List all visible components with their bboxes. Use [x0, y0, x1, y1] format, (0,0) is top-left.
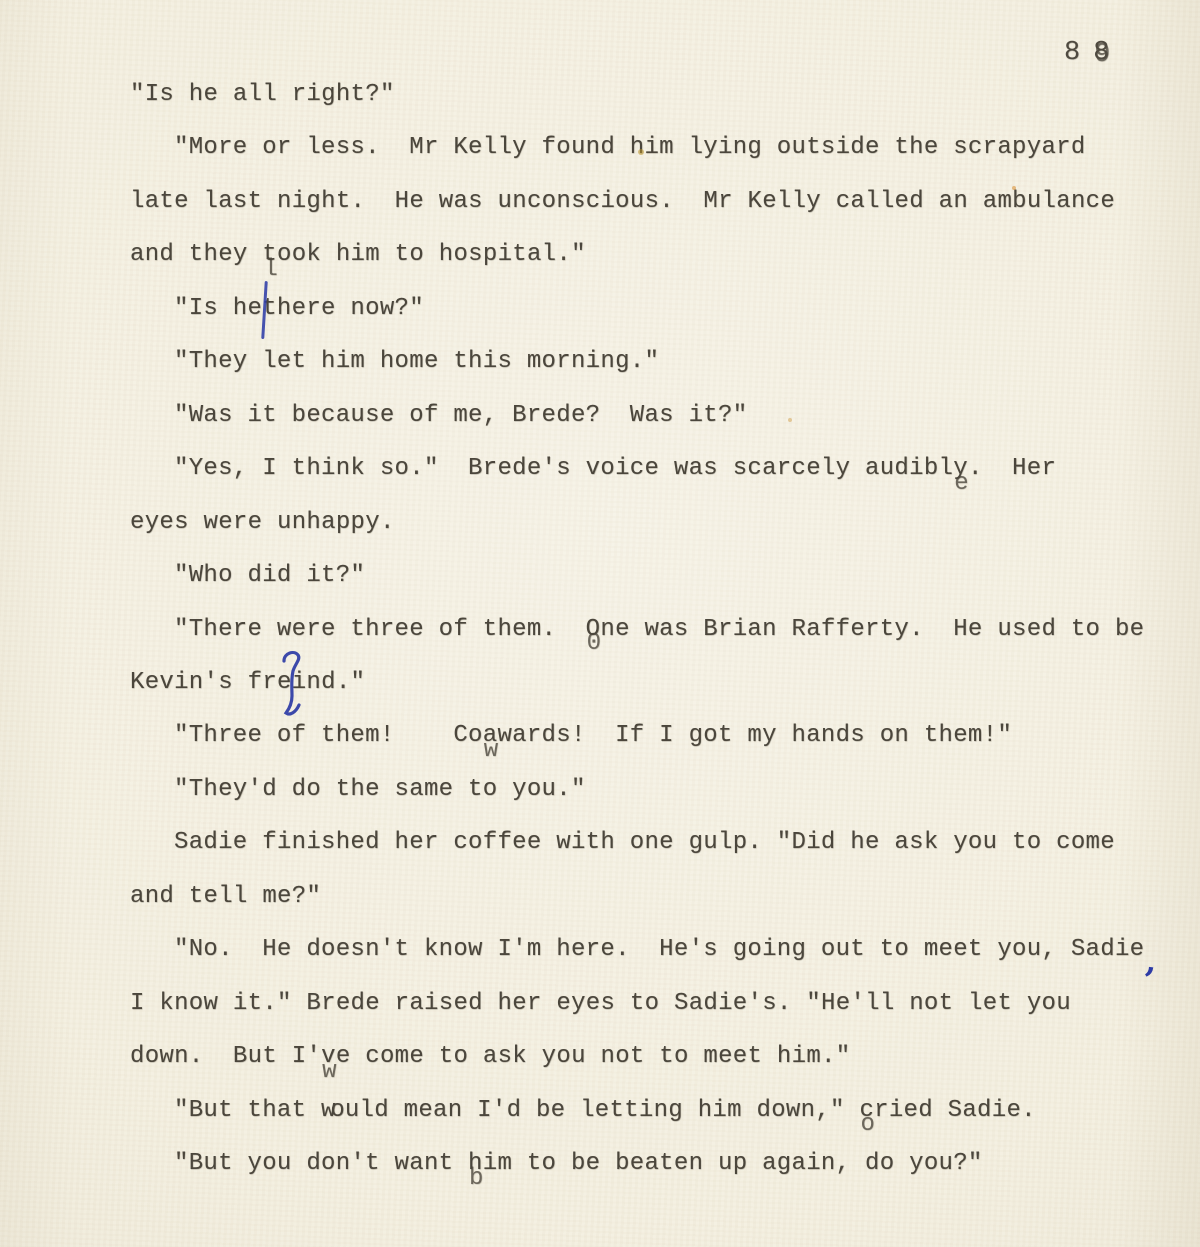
overstruck-chars: v	[321, 1043, 336, 1070]
typed-text-segment: Kevin's freind."	[130, 669, 365, 696]
typed-text-segment: . Her	[968, 455, 1056, 482]
typed-text-segment: wards! If I got my hands on them!"	[497, 722, 1012, 749]
typed-text-segment: "Yes, I think so." Brede's voice was sca…	[174, 455, 953, 482]
typed-line: "Three of them! Coawards! If I got my ha…	[130, 709, 1170, 762]
typed-line: "Is he all right?"	[130, 68, 1170, 121]
typed-text-segment: "There were three of them.	[174, 616, 586, 643]
overstruck-chars: y	[953, 455, 968, 482]
typed-line: eyes were unhappy.	[130, 496, 1170, 549]
typed-text-segment: and they	[130, 241, 262, 268]
typed-text-segment: ried Sadie.	[874, 1097, 1036, 1124]
typed-text-segment: "Is hethere now?"	[174, 295, 424, 322]
typed-line: "They let him home this morning."	[130, 335, 1170, 388]
typed-text-segment: late last night. He was unconscious. Mr …	[130, 188, 1115, 215]
typed-text-segment: Sadie finished her coffee with one gulp.…	[174, 829, 1115, 856]
typed-line: "There were three of them. One was Brian…	[130, 603, 1170, 656]
typed-text-segment: "But that	[174, 1097, 321, 1124]
typed-text-segment: eyes were unhappy.	[130, 509, 395, 536]
typed-line: and tell me?"	[130, 870, 1170, 923]
page-number-digit: 8	[1064, 38, 1080, 68]
typed-text-segment: down. But I'	[130, 1043, 321, 1070]
typed-text-segment: I know it." Brede raised her eyes to Sad…	[130, 990, 1071, 1017]
typed-line: "No. He doesn't know I'm here. He's goin…	[130, 923, 1170, 976]
typed-line: Kevin's freind."	[130, 656, 1170, 709]
page-number: 88	[1064, 38, 1109, 68]
typed-line: "Was it because of me, Brede? Was it?"	[130, 389, 1170, 442]
typed-line: "More or less. Mr Kelly found him lying …	[130, 121, 1170, 174]
typed-text-segment: "Who did it?"	[174, 562, 365, 589]
typed-text-segment: wo	[321, 1097, 340, 1124]
overstruck-chars: a	[483, 722, 498, 749]
typed-text-segment: ne was Brian Rafferty. He used to be	[600, 616, 1144, 643]
typed-text-segment: "But you don't want	[174, 1150, 468, 1177]
typed-text-segment: and tell me?"	[130, 883, 321, 910]
typed-line: down. But I've come to ask you not to me…	[130, 1030, 1170, 1083]
typed-text-segment: im to be beaten up again, do you?"	[483, 1150, 983, 1177]
typed-line: "Who did it?"	[130, 549, 1170, 602]
typed-line: "But that would mean I'd be letting him …	[130, 1084, 1170, 1137]
typed-text-segment: "Is he all right?"	[130, 81, 395, 108]
typed-line: Sadie finished her coffee with one gulp.…	[130, 816, 1170, 869]
typed-line: "Is hethere now?"	[130, 282, 1170, 335]
typed-text-segment: e come to ask you not to meet him."	[336, 1043, 851, 1070]
typed-text-segment: "Was it because of me, Brede? Was it?"	[174, 402, 747, 429]
manuscript-page: 88 "Is he all right?""More or less. Mr K…	[0, 0, 1200, 1247]
typed-text-segment: "Three of them! Co	[174, 722, 483, 749]
typed-line: and they took him to hospital."	[130, 228, 1170, 281]
typed-text-segment: uld mean I'd be letting him down,"	[345, 1097, 860, 1124]
typed-line: late last night. He was unconscious. Mr …	[130, 175, 1170, 228]
typed-text-segment: "More or less. Mr Kelly found him lying …	[174, 134, 1086, 161]
overstruck-chars: c	[859, 1097, 874, 1124]
typed-text-block: "Is he all right?""More or less. Mr Kell…	[130, 68, 1170, 1191]
page-number-overstruck-digit: 8	[1093, 38, 1109, 68]
typed-line: "But you don't want him to be beaten up …	[130, 1137, 1170, 1190]
typed-line: I know it." Brede raised her eyes to Sad…	[130, 977, 1170, 1030]
overstruck-chars: h	[468, 1150, 483, 1177]
overstruck-chars: t	[262, 241, 277, 268]
typed-text-segment: ook him to hospital."	[277, 241, 586, 268]
typed-text-segment: "No. He doesn't know I'm here. He's goin…	[174, 936, 1144, 963]
typed-text-segment: "They let him home this morning."	[174, 348, 659, 375]
typed-line: "They'd do the same to you."	[130, 763, 1170, 816]
overstruck-chars: O	[586, 616, 601, 643]
typed-text-segment: "They'd do the same to you."	[174, 776, 586, 803]
typed-line: "Yes, I think so." Brede's voice was sca…	[130, 442, 1170, 495]
